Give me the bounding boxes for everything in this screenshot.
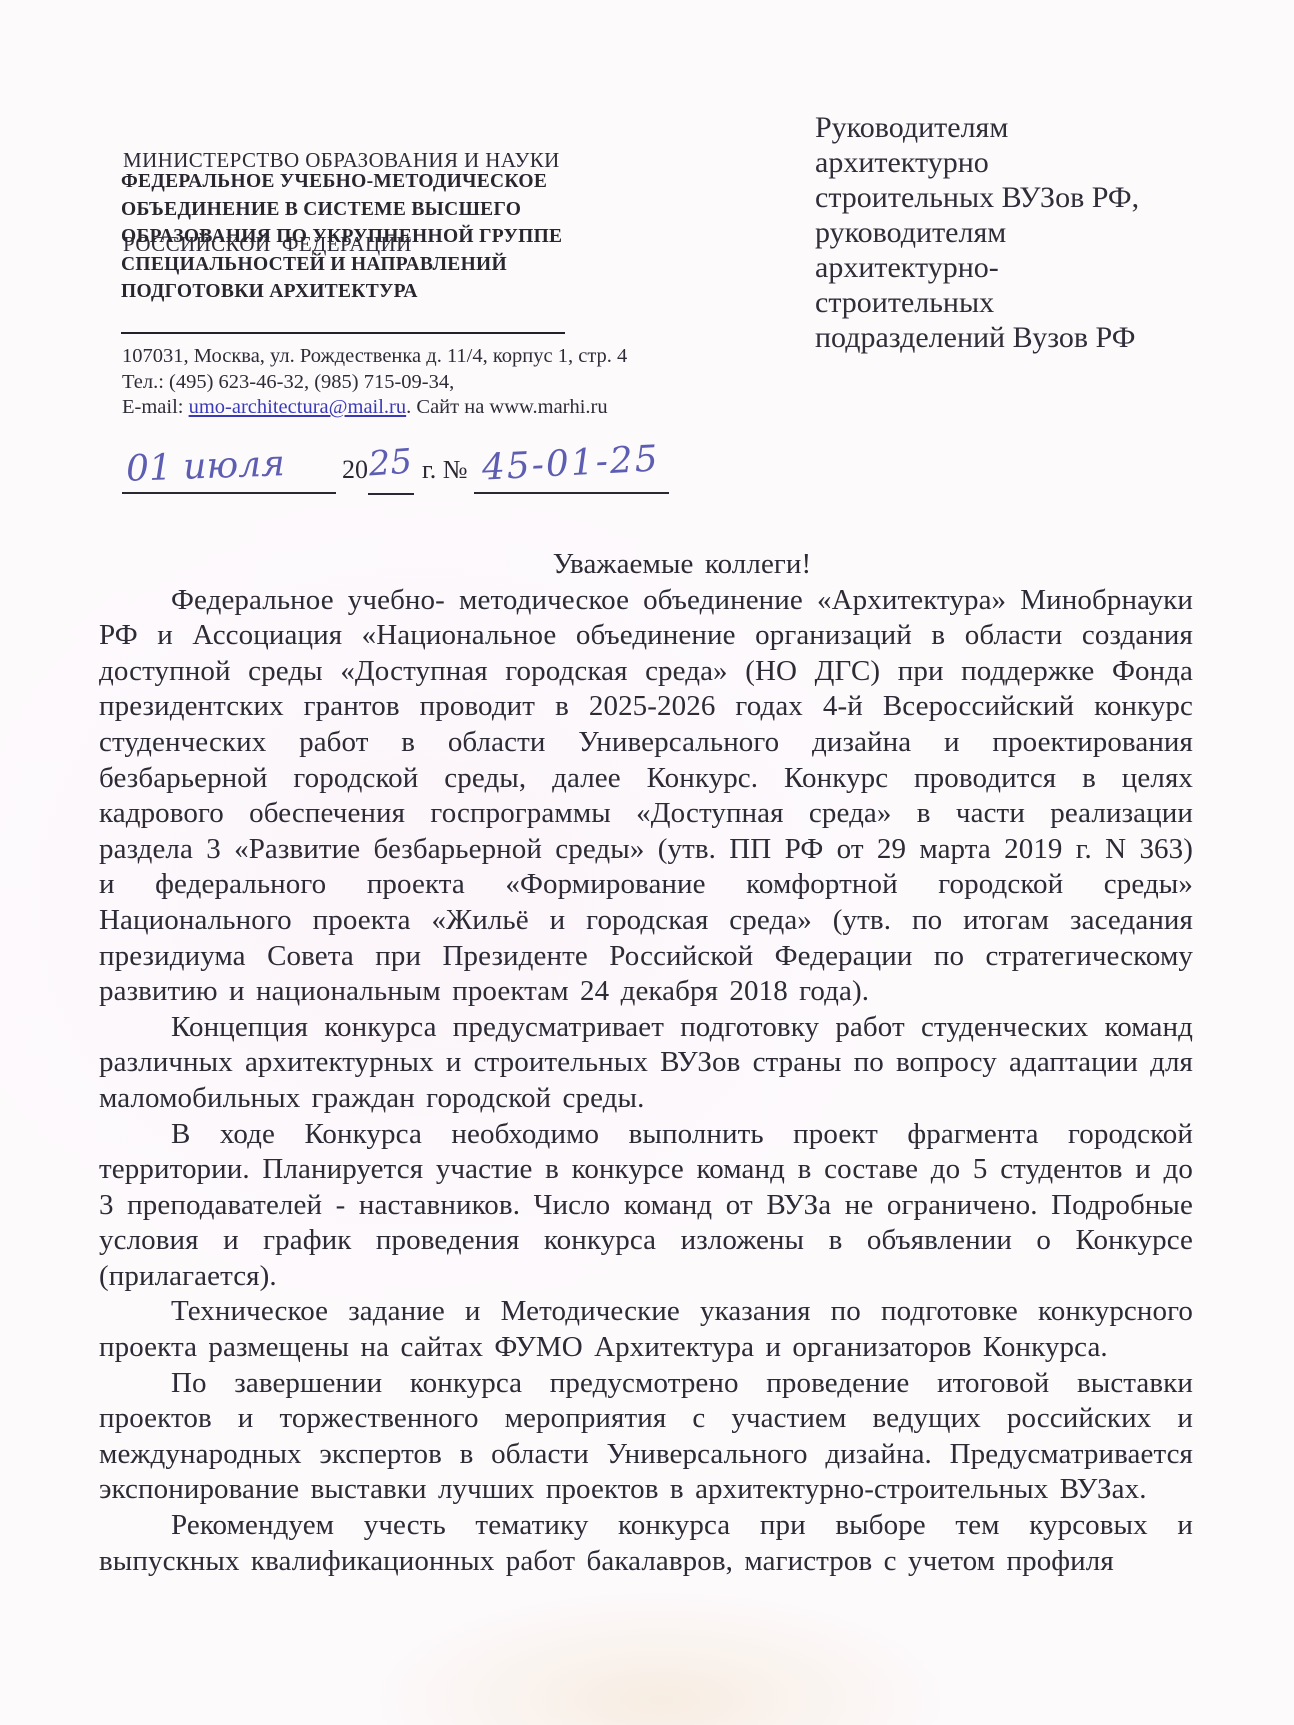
website-text: . Сайт на www.marhi.ru [406, 396, 608, 418]
number-label: г. № [422, 455, 468, 484]
addressee-line: архитектурно [815, 145, 1185, 180]
paragraph: В ходе Конкурса необходимо выполнить про… [99, 1117, 1193, 1295]
number-field: 45-01-25 [474, 446, 669, 494]
letterhead-divider [121, 332, 565, 334]
date-number-line: 01 июля2025г. №45-01-25 [122, 446, 669, 495]
addressee-line: подразделений Вузов РФ [815, 320, 1185, 355]
paragraph: По завершении конкурса предусмотрено про… [99, 1366, 1193, 1508]
email-label: E-mail: [122, 396, 189, 418]
handwritten-year: 25 [368, 442, 414, 485]
org-name-line: ОБРАЗОВАНИЯ ПО УКРУПНЕННОЙ ГРУППЕ [121, 223, 562, 251]
addressee-line: архитектурно- [815, 250, 1185, 285]
addressee-line: руководителям [815, 215, 1185, 250]
addressee-line: строительных ВУЗов РФ, [815, 180, 1185, 215]
letter-page: МИНИСТЕРСТВО ОБРАЗОВАНИЯ И НАУКИ РОССИЙС… [0, 0, 1294, 1725]
paragraph: Федеральное учебно- методическое объедин… [99, 583, 1193, 1010]
phone-line: Тел.: (495) 623-46-32, (985) 715-09-34, [122, 370, 627, 396]
handwritten-letter-number: 45-01-25 [481, 438, 661, 488]
date-field: 01 июля [122, 446, 336, 494]
org-name-line: ПОДГОТОВКИ АРХИТЕКТУРА [121, 278, 562, 306]
address-line: 107031, Москва, ул. Рождественка д. 11/4… [122, 344, 627, 370]
org-name-block: ФЕДЕРАЛЬНОЕ УЧЕБНО-МЕТОДИЧЕСКОЕ ОБЪЕДИНЕ… [121, 168, 562, 306]
addressee-block: Руководителям архитектурно строительных … [815, 110, 1185, 355]
org-name-line: СПЕЦИАЛЬНОСТЕЙ И НАПРАВЛЕНИЙ [121, 251, 562, 279]
addressee-line: строительных [815, 285, 1185, 320]
email-link[interactable]: umo-architectura@mail.ru [189, 396, 407, 418]
contact-block: 107031, Москва, ул. Рождественка д. 11/4… [122, 344, 627, 421]
org-name-line: ФЕДЕРАЛЬНОЕ УЧЕБНО-МЕТОДИЧЕСКОЕ [121, 168, 562, 196]
paragraph: Концепция конкурса предусматривает подго… [99, 1010, 1193, 1117]
addressee-line: Руководителям [815, 110, 1185, 145]
paragraph: Рекомендуем учесть тематику конкурса при… [99, 1508, 1193, 1579]
org-name-line: ОБЪЕДИНЕНИЕ В СИСТЕМЕ ВЫСШЕГО [121, 196, 562, 224]
handwritten-date: 01 июля [125, 443, 285, 490]
year-prefix: 20 [342, 455, 368, 484]
letter-body: Уважаемые коллеги! Федеральное учебно- м… [99, 547, 1193, 1579]
salutation: Уважаемые коллеги! [99, 547, 1193, 583]
year-field: 25 [368, 447, 414, 495]
email-line: E-mail: umo-architectura@mail.ru. Сайт н… [122, 395, 627, 421]
paragraph: Техническое задание и Методические указа… [99, 1294, 1193, 1365]
